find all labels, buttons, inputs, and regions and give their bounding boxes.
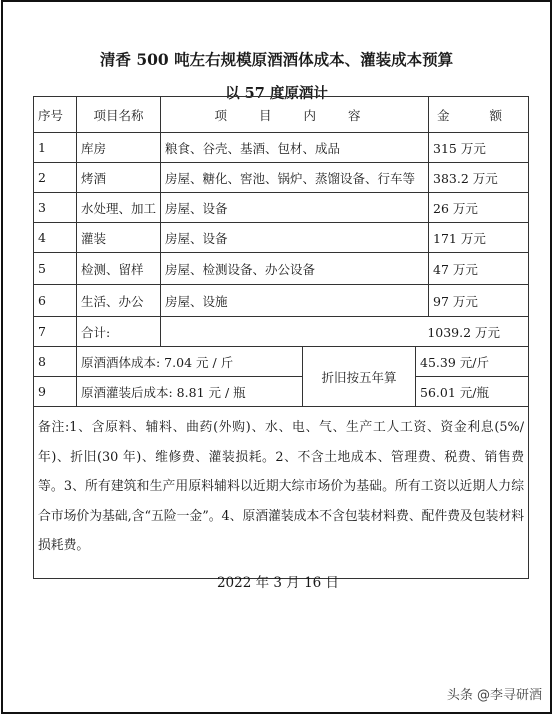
row-amount: 26 万元 — [429, 193, 529, 223]
header-content: 项 目 内 容 — [161, 97, 429, 133]
total-label: 合计: — [77, 317, 161, 347]
table-row: 4 灌装 房屋、设备 171 万元 — [34, 223, 529, 253]
row-content: 房屋、设施 — [161, 285, 429, 317]
row-seq: 5 — [34, 253, 77, 285]
row-name: 库房 — [77, 133, 161, 163]
notes-text: 备注:1、含原料、辅料、曲药(外购)、水、电、气、生产工人工资、资金利息(5%/… — [34, 407, 529, 579]
document-date: 2022 年 3 月 16 日 — [0, 571, 556, 591]
table-row: 6 生活、办公 房屋、设施 97 万元 — [34, 285, 529, 317]
total-seq: 7 — [34, 317, 77, 347]
row-content: 房屋、糖化、窖池、锅炉、蒸馏设备、行车等 — [161, 163, 429, 193]
row-amount: 171 万元 — [429, 223, 529, 253]
row-name: 烤酒 — [77, 163, 161, 193]
row-content: 房屋、设备 — [161, 193, 429, 223]
row-amount: 383.2 万元 — [429, 163, 529, 193]
cost-row: 9 原酒灌装后成本: 8.81 元 / 瓶 56.01 元/瓶 — [34, 377, 529, 407]
header-name: 项目名称 — [77, 97, 161, 133]
row-amount: 315 万元 — [429, 133, 529, 163]
row-seq: 1 — [34, 133, 77, 163]
table-row: 2 烤酒 房屋、糖化、窖池、锅炉、蒸馏设备、行车等 383.2 万元 — [34, 163, 529, 193]
row-amount: 47 万元 — [429, 253, 529, 285]
row-amount: 97 万元 — [429, 285, 529, 317]
row-seq: 6 — [34, 285, 77, 317]
table-row: 1 库房 粮食、谷壳、基酒、包材、成品 315 万元 — [34, 133, 529, 163]
row-name: 灌装 — [77, 223, 161, 253]
cost-depreciated: 45.39 元/斤 — [416, 347, 529, 377]
table-header-row: 序号 项目名称 项 目 内 容 金 额 — [34, 97, 529, 133]
cost-label: 原酒酒体成本: 7.04 元 / 斤 — [77, 347, 303, 377]
row-name: 生活、办公 — [77, 285, 161, 317]
row-seq: 2 — [34, 163, 77, 193]
cost-seq: 9 — [34, 377, 77, 407]
total-row: 7 合计: 1039.2 万元 — [34, 317, 529, 347]
depreciation-label: 折旧按五年算 — [303, 347, 416, 407]
total-amount: 1039.2 万元 — [161, 317, 529, 347]
table-row: 5 检测、留样 房屋、检测设备、办公设备 47 万元 — [34, 253, 529, 285]
row-name: 检测、留样 — [77, 253, 161, 285]
table-row: 3 水处理、加工 房屋、设备 26 万元 — [34, 193, 529, 223]
cost-label: 原酒灌装后成本: 8.81 元 / 瓶 — [77, 377, 303, 407]
cost-depreciated: 56.01 元/瓶 — [416, 377, 529, 407]
budget-table: 序号 项目名称 项 目 内 容 金 额 1 库房 粮食、谷壳、基酒、包材、成品 … — [33, 96, 529, 579]
notes-row: 备注:1、含原料、辅料、曲药(外购)、水、电、气、生产工人工资、资金利息(5%/… — [34, 407, 529, 579]
row-seq: 4 — [34, 223, 77, 253]
header-seq: 序号 — [34, 97, 77, 133]
cost-row: 8 原酒酒体成本: 7.04 元 / 斤 折旧按五年算 45.39 元/斤 — [34, 347, 529, 377]
row-content: 房屋、设备 — [161, 223, 429, 253]
row-name: 水处理、加工 — [77, 193, 161, 223]
watermark: 头条 @李寻研酒 — [447, 684, 542, 703]
row-seq: 3 — [34, 193, 77, 223]
row-content: 房屋、检测设备、办公设备 — [161, 253, 429, 285]
cost-seq: 8 — [34, 347, 77, 377]
document-title: 清香 500 吨左右规模原酒酒体成本、灌装成本预算 — [3, 48, 550, 70]
row-content: 粮食、谷壳、基酒、包材、成品 — [161, 133, 429, 163]
header-amount: 金 额 — [429, 97, 529, 133]
